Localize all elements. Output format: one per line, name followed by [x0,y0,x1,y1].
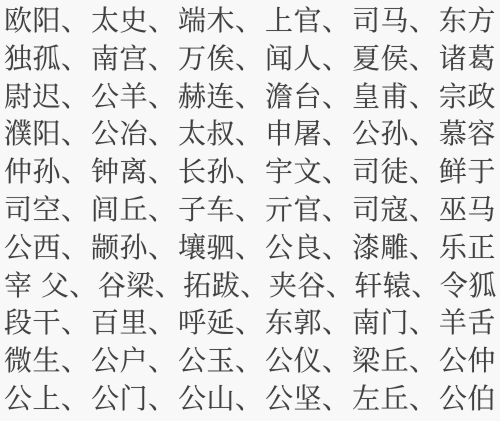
surname-item: 钟离、 [91,158,177,186]
surname-item: 夏侯、 [352,45,438,73]
surname-item: 轩辕、 [354,272,440,300]
surname-item: 公孙、 [352,120,438,148]
surname-item: 慕容 [439,120,496,148]
surname-item: 巫马 [439,196,496,224]
surname-item: 皇甫、 [352,83,438,111]
surname-item: 公上、 [4,385,90,413]
surname-item: 公玉、 [178,347,264,375]
surname-item: 闾丘、 [91,196,177,224]
surname-item: 微生、 [4,347,90,375]
surname-item: 长孙、 [178,158,264,186]
surname-item: 壤驷、 [178,234,264,262]
surname-item: 赫连、 [178,83,264,111]
surname-row: 司空、闾丘、子车、亓官、司寇、巫马 [4,191,496,229]
surname-item: 东方 [439,7,496,35]
surname-item: 宇文、 [265,158,351,186]
surname-item: 南门、 [352,309,438,337]
surname-item: 公户、 [91,347,177,375]
surname-row: 仲孙、钟离、长孙、宇文、司徒、鲜于 [4,153,496,191]
surname-item: 太史、 [91,7,177,35]
surname-item: 公仪、 [265,347,351,375]
surname-item: 梁丘、 [352,347,438,375]
surname-item: 段干、 [4,309,90,337]
surname-item: 濮阳、 [4,120,90,148]
surname-item: 万俟、 [178,45,264,73]
surname-item: 上官、 [265,7,351,35]
surname-item: 乐正 [439,234,496,262]
surname-item: 端木、 [178,7,264,35]
surname-item: 夹谷、 [269,272,355,300]
surname-item: 申屠、 [265,120,351,148]
surname-item: 宗政 [439,83,496,111]
surname-item: 公仲 [439,347,496,375]
surname-item: 司空、 [4,196,90,224]
surname-item: 欧阳、 [4,7,90,35]
surname-row: 微生、公户、公玉、公仪、梁丘、公仲 [4,342,496,380]
surname-item: 百里、 [91,309,177,337]
surname-item: 拓跋、 [183,272,269,300]
surname-row: 濮阳、公冶、太叔、申屠、公孙、慕容 [4,115,496,153]
surname-item: 仲孙、 [4,158,90,186]
surname-item: 太叔、 [178,120,264,148]
surname-row: 公上、公门、公山、公坚、左丘、公伯 [4,380,496,418]
surname-item: 公山、 [178,385,264,413]
surname-item: 司徒、 [352,158,438,186]
surname-row: 欧阳、太史、端木、上官、司马、东方 [4,2,496,40]
surname-item: 呼延、 [178,309,264,337]
surname-item: 漆雕、 [352,234,438,262]
surname-row: 尉迟、公羊、赫连、澹台、皇甫、宗政 [4,78,496,116]
surname-item: 公门、 [91,385,177,413]
surname-item: 公冶、 [91,120,177,148]
surname-item: 闻人、 [265,45,351,73]
surname-item: 羊舌 [439,309,496,337]
surname-item: 宰 父、 [4,272,98,300]
surname-item: 独孤、 [4,45,90,73]
surname-item: 亓官、 [265,196,351,224]
surname-item: 司寇、 [352,196,438,224]
surname-item: 公西、 [4,234,90,262]
surname-item: 诸葛 [439,45,496,73]
surname-item: 子车、 [178,196,264,224]
surname-item: 公羊、 [91,83,177,111]
surname-row: 段干、百里、呼延、东郭、南门、羊舌 [4,305,496,343]
compound-surnames-list: 欧阳、太史、端木、上官、司马、东方独孤、南宫、万俟、闻人、夏侯、诸葛尉迟、公羊、… [0,0,500,421]
surname-item: 尉迟、 [4,83,90,111]
surname-item: 南宫、 [91,45,177,73]
surname-item: 东郭、 [265,309,351,337]
surname-item: 左丘、 [352,385,438,413]
surname-item: 公良、 [265,234,351,262]
surname-item: 澹台、 [265,83,351,111]
surname-item: 令狐 [440,272,497,300]
surname-item: 公伯 [439,385,496,413]
surname-row: 独孤、南宫、万俟、闻人、夏侯、诸葛 [4,40,496,78]
surname-item: 公坚、 [265,385,351,413]
surname-item: 谷梁、 [98,272,184,300]
surname-item: 颛孙、 [91,234,177,262]
surname-row: 公西、颛孙、壤驷、公良、漆雕、乐正 [4,229,496,267]
surname-item: 鲜于 [439,158,496,186]
surname-row: 宰 父、谷梁、拓跋、夹谷、轩辕、令狐 [4,267,496,305]
surname-item: 司马、 [352,7,438,35]
